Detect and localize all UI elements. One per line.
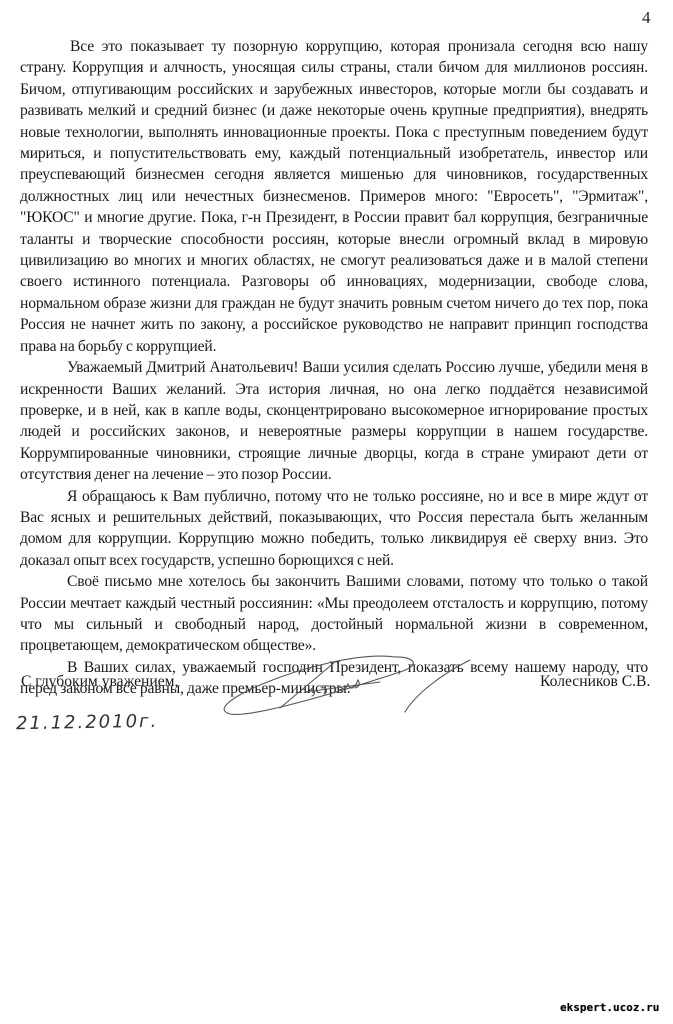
letter-body: Все это показывает ту позорную коррупцию… [20, 36, 648, 700]
paragraph: Уважаемый Дмитрий Анатольевич! Ваши усил… [20, 357, 648, 485]
signature-icon [210, 650, 480, 730]
closing-salutation: С глубоким уважением, [21, 673, 178, 691]
paragraph: Своё письмо мне хотелось бы закончить Ва… [20, 571, 648, 657]
paragraph: Я обращаюсь к Вам публично, потому что н… [20, 486, 648, 572]
watermark: ekspert.ucoz.ru [560, 1001, 659, 1014]
handwritten-date: 21.12.2010г. [16, 711, 159, 734]
author-name: Колесников С.В. [540, 673, 650, 691]
page-number: 4 [642, 8, 651, 28]
paragraph: Все это показывает ту позорную коррупцию… [20, 36, 648, 357]
